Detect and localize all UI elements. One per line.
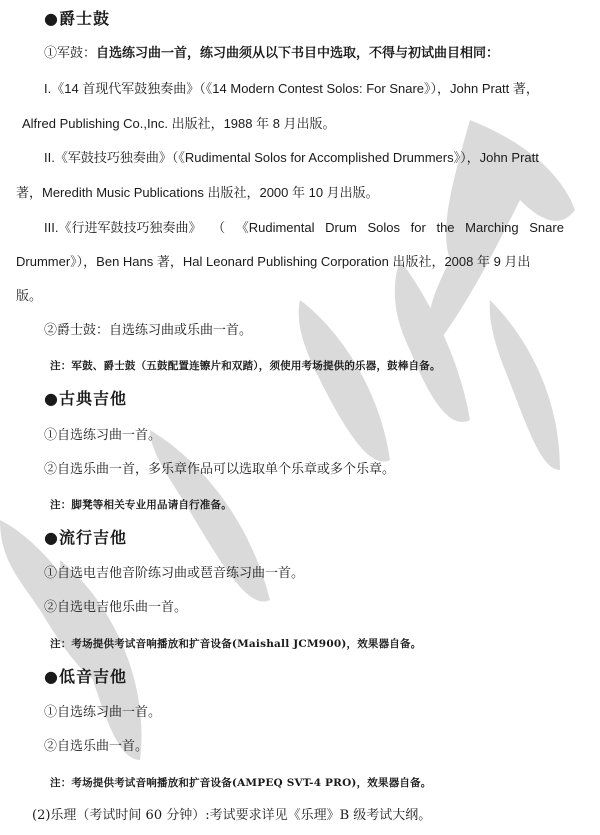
book-2-line-1: II.《军鼓技巧独奏曲》（《Rudimental Solos for Accom… bbox=[44, 149, 539, 167]
jazz-drum-item-1: ①军鼓：自选练习曲一首，练习曲须从以下书目中选取，不得与初试曲目相同： bbox=[44, 45, 499, 63]
jazz-drum-item-2: ②爵士鼓：自选练习曲或乐曲一首。 bbox=[44, 322, 252, 340]
book-3-line-1: III.《行进军鼓技巧独奏曲》 （ 《Rudimental Drum Solos… bbox=[44, 219, 564, 237]
book-2-line-2: 著，Meredith Music Publications 出版社，2000 年… bbox=[16, 184, 379, 202]
heading-pop-guitar: ●流行吉他 bbox=[44, 529, 127, 547]
music-theory-line: (2)乐理（考试时间 60 分钟）:考试要求详见《乐理》B 级考试大纲。 bbox=[32, 807, 431, 825]
pop-guitar-item-1: ①自选电吉他音阶练习曲或琶音练习曲一首。 bbox=[44, 565, 304, 583]
bass-guitar-item-1: ①自选练习曲一首。 bbox=[44, 704, 161, 722]
classical-guitar-item-2: ②自选乐曲一首，多乐章作品可以选取单个乐章或多个乐章。 bbox=[44, 461, 395, 479]
book-1-line-2: Alfred Publishing Co.,Inc. 出版社，1988 年 8 … bbox=[22, 115, 336, 133]
book-3-line-2: Drummer》），Ben Hans 著，Hal Leonard Publish… bbox=[16, 253, 530, 271]
heading-jazz-drum: ●爵士鼓 bbox=[44, 10, 110, 28]
classical-guitar-item-1: ①自选练习曲一首。 bbox=[44, 427, 161, 445]
classical-guitar-note: 注：脚凳等相关专业用品请自行准备。 bbox=[50, 496, 232, 514]
book-3-line-3: 版。 bbox=[16, 288, 42, 306]
jazz-drum-note: 注：军鼓、爵士鼓（五鼓配置连镲片和双踏），须使用考场提供的乐器，鼓棒自备。 bbox=[50, 357, 441, 375]
item-1-requirement: 自选练习曲一首，练习曲须从以下书目中选取，不得与初试曲目相同： bbox=[96, 46, 499, 61]
bass-guitar-note: 注：考场提供考试音响播放和扩音设备(AMPEQ SVT-4 PRO)，效果器自备… bbox=[50, 774, 432, 792]
pop-guitar-item-2: ②自选电吉他乐曲一首。 bbox=[44, 599, 187, 617]
book-1-line-1: I.《14 首现代军鼓独奏曲》（《14 Modern Contest Solos… bbox=[44, 80, 539, 98]
bass-guitar-item-2: ②自选乐曲一首。 bbox=[44, 738, 148, 756]
item-1-prefix: ①军鼓： bbox=[44, 46, 96, 61]
pop-guitar-note: 注：考场提供考试音响播放和扩音设备(Maishall JCM900)，效果器自备… bbox=[50, 635, 421, 653]
heading-bass-guitar: ●低音吉他 bbox=[44, 668, 127, 686]
heading-classical-guitar: ●古典吉他 bbox=[44, 390, 127, 408]
